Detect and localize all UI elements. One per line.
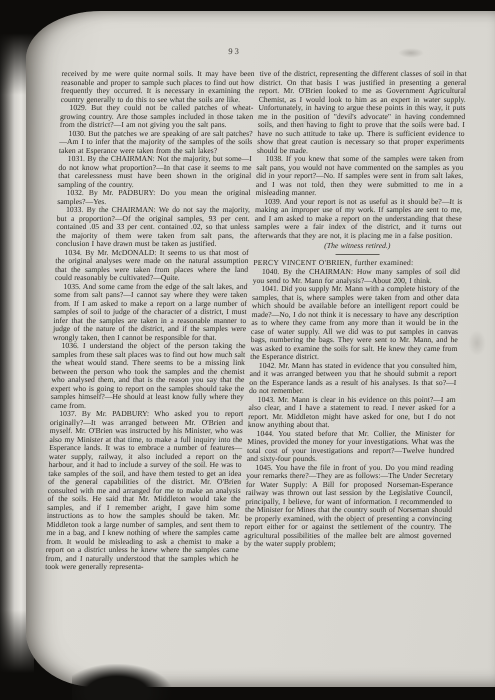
page-number: 93 [228,46,241,56]
paragraph: 1042. Mr. Mann has stated in evidence th… [249,362,457,396]
paragraph: 1034. By Mr. McDONALD: It seems to us th… [55,249,249,283]
right-column: tive of the district, representing the d… [244,70,467,549]
section-rule [335,254,379,255]
witness-heading: PERCY VINCENT O'BRIEN, further examined: [253,259,460,268]
scanned-book-page: 93 received by me were quite normal soil… [0,0,495,700]
paragraph: 1041. Did you supply Mr. Mann with a com… [250,285,460,362]
paragraph: 1038. If you knew that some of the sampl… [255,155,463,198]
paragraph: tive of the district, representing the d… [257,70,467,155]
paragraph: 1039. And your report is not as useful a… [254,198,462,241]
paragraph: 1031. By the CHAIRMAN: Not the majority,… [58,155,252,189]
left-column: received by me were quite normal soils. … [45,70,255,572]
witness-retired-note: (The witness retired.) [254,242,461,251]
paragraph: received by me were quite normal soils. … [61,70,255,104]
paragraph: 1043. Mr. Mann is clear in his evidence … [248,396,456,430]
paragraph: 1035. And some came from the edge of the… [53,283,248,343]
paragraph: 1040. By the CHAIRMAN: How many samples … [253,268,461,285]
paragraph: 1032. By Mr. PADBURY: Do you mean the or… [57,189,251,206]
page-content: 93 received by me were quite normal soil… [0,0,495,700]
paragraph: 1037. By Mr. PADBURY: Who asked you to r… [45,410,243,572]
paragraph: 1045. You have the file in front of you.… [244,464,454,549]
paragraph: 1044. You stated before that Mr. Collier… [247,430,455,464]
paragraph: 1030. But the patches we are speaking of… [59,130,253,156]
paragraph: 1036. I understand the object of the per… [50,342,245,410]
paragraph: 1033. By the CHAIRMAN: We do not say the… [56,206,250,249]
paragraph: 1029. But they could not be called patch… [60,104,254,130]
